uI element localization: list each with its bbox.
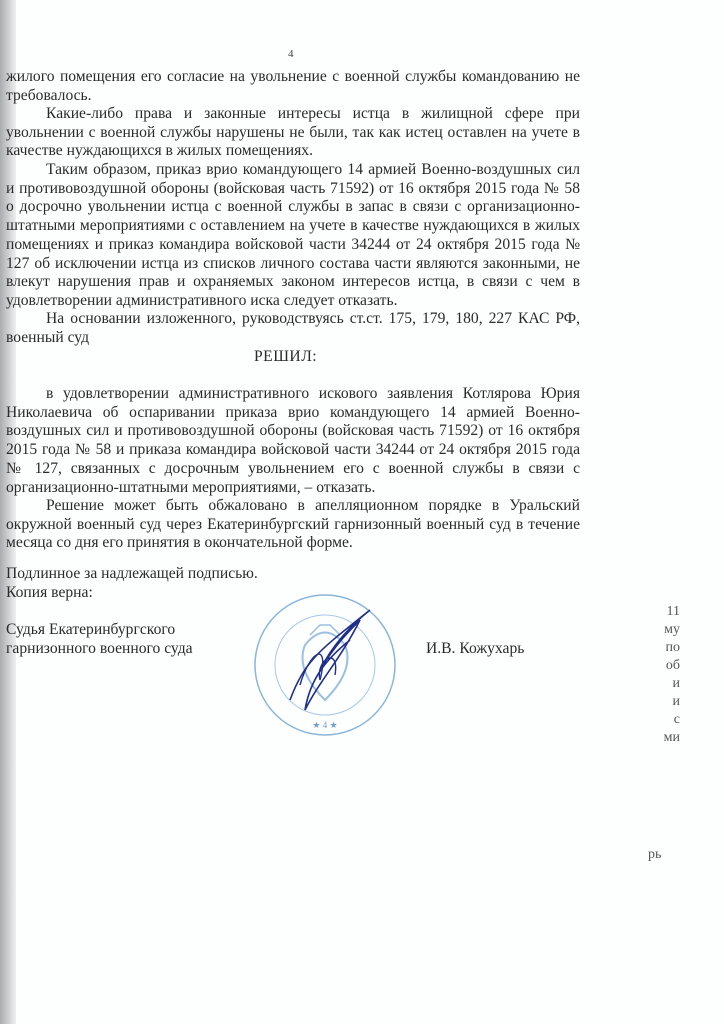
svg-text:★ 4 ★: ★ 4 ★ (312, 720, 337, 730)
decision-paragraph-1: в удовлетворении административного исков… (6, 385, 580, 497)
bleed-through-text: 11 му по об и и с ми (640, 603, 680, 747)
judge-title-line-1: Судья Екатеринбургского (6, 621, 175, 640)
paragraph-1: жилого помещения его согласие на увольне… (6, 68, 580, 105)
decision-paragraph-2: Решение может быть обжаловано в апелляци… (6, 497, 580, 553)
certification-line-1: Подлинное за надлежащей подписью. (6, 565, 258, 584)
court-seal-icon: ★ 4 ★ (250, 590, 400, 740)
judge-title-line-2: гарнизонного военного суда (6, 640, 193, 659)
certification-line-2: Копия верна: (6, 584, 93, 603)
paragraph-2: Какие-либо права и законные интересы ист… (6, 105, 580, 161)
decision-heading: РЕШИЛ: (254, 348, 317, 366)
paragraph-3: Таким образом, приказ врио командующего … (6, 161, 580, 311)
bleed-through-fragment: рь (648, 847, 661, 863)
judge-name: И.В. Кожухарь (426, 640, 524, 659)
page-number: 4 (288, 48, 294, 60)
paragraph-4: На основании изложенного, руководствуясь… (6, 310, 580, 347)
